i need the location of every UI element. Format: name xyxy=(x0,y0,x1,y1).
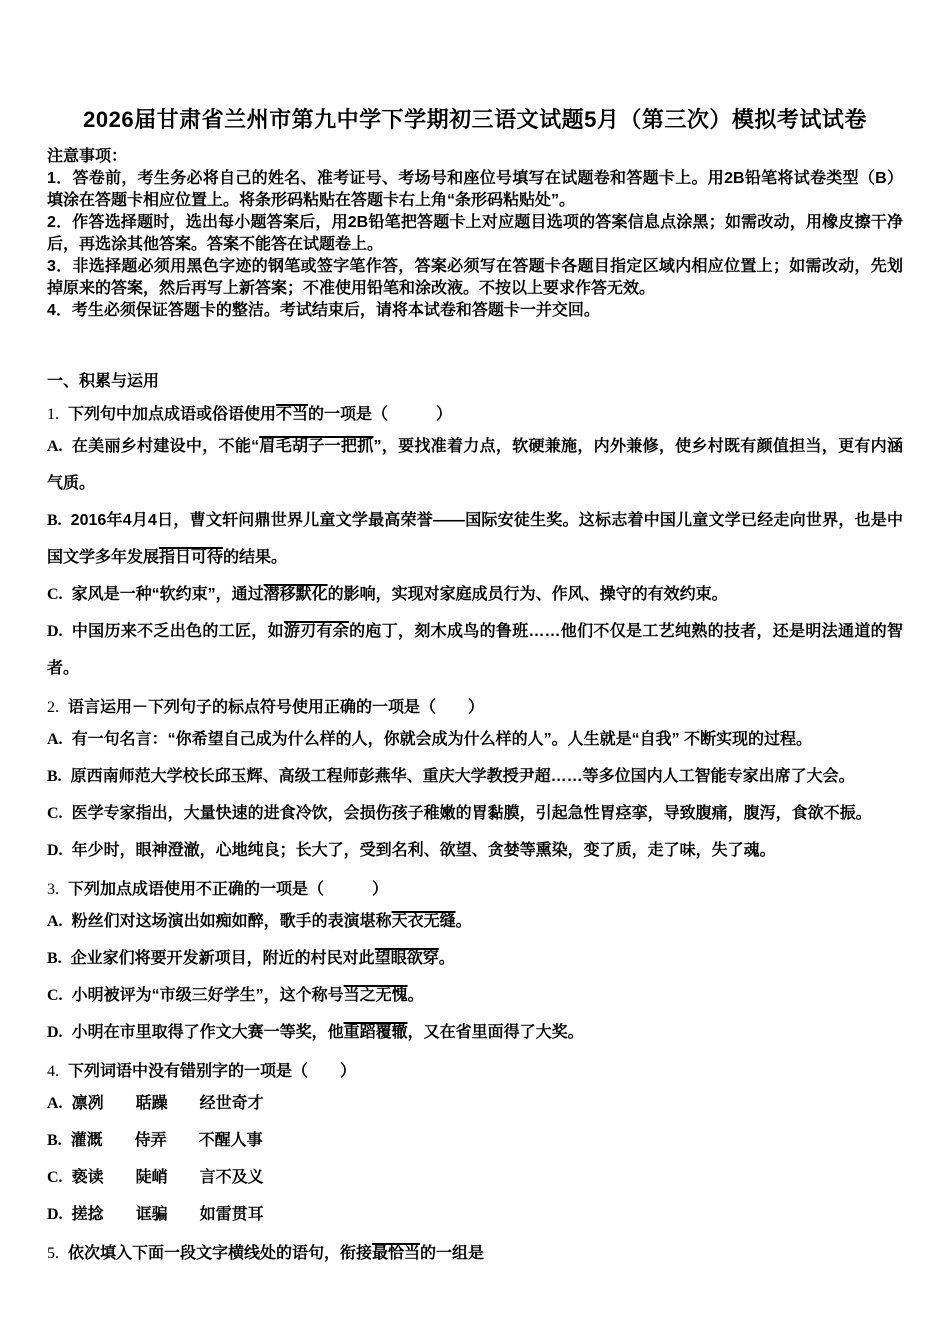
option-text: 有一句名言：“你希望自己成为什么样的人，你就会成为什么样的人”。人生就是“自我”… xyxy=(72,731,812,748)
questions: 1.下列句中加点成语或俗语使用不当的一项是（ ）A.在美丽乡村建设中，不能“眉毛… xyxy=(47,394,903,1267)
question-3: 3.下列加点成语使用不正确的一项是（ ）A.粉丝们对这场演出如痴如醉，歌手的表演… xyxy=(47,869,903,1051)
notice-item: 3．非选择题必须用黑色字迹的钢笔或签字笔作答，答案必须写在答题卡各题目指定区域内… xyxy=(47,256,903,300)
option-text: 中国历来不乏出色的工匠，如 xyxy=(72,623,284,640)
option-text: 的结果。 xyxy=(223,549,287,566)
stem-emphasized-text: 最恰当 xyxy=(372,1245,420,1262)
page-title: 2026届甘肃省兰州市第九中学下学期初三语文试题5月（第三次）模拟考试试卷 xyxy=(47,104,903,136)
option-text: 。 xyxy=(408,987,424,1004)
emphasized-idiom: 望眼欲穿 xyxy=(375,950,439,967)
option-label: C. xyxy=(47,987,63,1004)
stem-text: 的一组是 xyxy=(420,1245,484,1262)
option-C: C.医学专家指出，大量快速的进食冷饮，会损伤孩子稚嫩的胃黏膜，引起急性胃痉挛，导… xyxy=(47,795,903,832)
option-text: ，又在省里面得了大奖。 xyxy=(408,1024,584,1041)
option-text: 灌溉 侍弄 不醒人事 xyxy=(71,1132,263,1149)
notice-item: 2．作答选择题时，选出每小题答案后，用2B铅笔把答题卡上对应题目选项的答案信息点… xyxy=(47,212,903,256)
option-D: D.搓捻 诓骗 如雷贯耳 xyxy=(47,1196,903,1233)
option-text: 搓捻 诓骗 如雷贯耳 xyxy=(72,1206,264,1223)
stem-text: 下列词语中没有错别字的一项是（ ） xyxy=(68,1063,356,1080)
option-text: 医学专家指出，大量快速的进食冷饮，会损伤孩子稚嫩的胃黏膜，引起急性胃痉挛，导致腹… xyxy=(72,805,872,822)
option-text: 的影响，实现对家庭成员行为、作风、操守的有效约束。 xyxy=(328,586,728,603)
question-number: 1. xyxy=(47,406,59,423)
stem-text: 下列句中加点成语或俗语使用 xyxy=(68,406,276,423)
option-C: C.亵读 陡峭 言不及义 xyxy=(47,1159,903,1196)
option-label: C. xyxy=(47,805,63,822)
notice-item: 1．答卷前，考生务必将自己的姓名、准考证号、考场号和座位号填写在试题卷和答题卡上… xyxy=(47,168,903,212)
option-text: 。 xyxy=(439,950,455,967)
question-2: 2.语言运用－下列句子的标点符号使用正确的一项是（ ）A.有一句名言：“你希望自… xyxy=(47,687,903,869)
option-label: B. xyxy=(47,1132,62,1149)
question-1: 1.下列句中加点成语或俗语使用不当的一项是（ ）A.在美丽乡村建设中，不能“眉毛… xyxy=(47,394,903,687)
option-text: 凛冽 聒躁 经世奇才 xyxy=(72,1095,264,1112)
option-label: C. xyxy=(47,1169,63,1186)
emphasized-idiom: 眉毛胡子一把抓 xyxy=(259,438,373,455)
option-text: 。 xyxy=(456,913,472,930)
option-D: D.小明在市里取得了作文大赛一等奖，他重蹈覆辙，又在省里面得了大奖。 xyxy=(47,1014,903,1051)
option-label: D. xyxy=(47,842,63,859)
question-number: 2. xyxy=(47,699,59,716)
question-4: 4.下列词语中没有错别字的一项是（ ）A.凛冽 聒躁 经世奇才B.灌溉 侍弄 不… xyxy=(47,1051,903,1233)
option-label: D. xyxy=(47,1024,63,1041)
emphasized-idiom: 天衣无缝 xyxy=(392,913,456,930)
option-B: B.2016年4月4日，曹文轩问鼎世界儿童文学最高荣誉——国际安徒生奖。这标志着… xyxy=(47,502,903,576)
option-text: 在美丽乡村建设中，不能“ xyxy=(72,438,260,455)
question-number: 3. xyxy=(47,881,59,898)
option-text: 家风是一种“软约束”，通过 xyxy=(72,586,264,603)
option-label: B. xyxy=(47,512,62,529)
option-C: C.小明被评为“市级三好学生”，这个称号当之无愧。 xyxy=(47,977,903,1014)
option-text: 年少时，眼神澄澈，心地纯良；长大了，受到名利、欲望、贪婪等熏染，变了质，走了味，… xyxy=(72,842,776,859)
option-label: A. xyxy=(47,913,63,930)
option-label: A. xyxy=(47,731,63,748)
option-text: 亵读 陡峭 言不及义 xyxy=(72,1169,264,1186)
option-A: A.有一句名言：“你希望自己成为什么样的人，你就会成为什么样的人”。人生就是“自… xyxy=(47,721,903,758)
question-number: 5. xyxy=(47,1245,59,1262)
question-5: 5.依次填入下面一段文字横线处的语句，衔接最恰当的一组是 xyxy=(47,1233,903,1267)
emphasized-idiom: 游刃有余 xyxy=(284,623,349,640)
option-D: D.年少时，眼神澄澈，心地纯良；长大了，受到名利、欲望、贪婪等熏染，变了质，走了… xyxy=(47,832,903,869)
stem-text: 下列加点成语使用不正确的一项是（ ） xyxy=(68,881,388,898)
option-label: A. xyxy=(47,438,63,455)
option-text: 小明被评为“市级三好学生”，这个称号 xyxy=(72,987,344,1004)
stem-emphasized-text: 不当 xyxy=(276,406,308,423)
emphasized-idiom: 潜移默化 xyxy=(264,586,328,603)
notice-heading: 注意事项： xyxy=(47,146,903,168)
option-text: 粉丝们对这场演出如痴如醉，歌手的表演堪称 xyxy=(72,913,392,930)
exam-paper: 2026届甘肃省兰州市第九中学下学期初三语文试题5月（第三次）模拟考试试卷 注意… xyxy=(0,0,950,1344)
option-A: A.凛冽 聒躁 经世奇才 xyxy=(47,1085,903,1122)
option-text: 小明在市里取得了作文大赛一等奖，他 xyxy=(72,1024,344,1041)
option-D: D.中国历来不乏出色的工匠，如游刃有余的庖丁，刻木成鸟的鲁班……他们不仅是工艺纯… xyxy=(47,613,903,687)
option-label: B. xyxy=(47,768,62,785)
section-heading: 一、积累与运用 xyxy=(47,370,903,394)
stem-text: 语言运用－下列句子的标点符号使用正确的一项是（ ） xyxy=(68,699,484,716)
emphasized-idiom: 指日可待 xyxy=(159,549,223,566)
option-label: B. xyxy=(47,950,62,967)
option-text: 企业家们将要开发新项目，附近的村民对此 xyxy=(71,950,375,967)
question-number: 4. xyxy=(47,1063,59,1080)
option-label: D. xyxy=(47,1206,63,1223)
option-B: B.原西南师范大学校长邱玉辉、高级工程师彭燕华、重庆大学教授尹超……等多位国内人… xyxy=(47,758,903,795)
option-label: D. xyxy=(47,623,63,640)
question-stem: 2.语言运用－下列句子的标点符号使用正确的一项是（ ） xyxy=(47,687,903,721)
emphasized-idiom: 当之无愧 xyxy=(344,987,408,1004)
question-stem: 1.下列句中加点成语或俗语使用不当的一项是（ ） xyxy=(47,394,903,428)
notice-item: 4．考生必须保证答题卡的整洁。考试结束后，请将本试卷和答题卡一并交回。 xyxy=(47,300,903,322)
notice-section: 注意事项： 1．答卷前，考生务必将自己的姓名、准考证号、考场号和座位号填写在试题… xyxy=(47,146,903,322)
option-C: C.家风是一种“软约束”，通过潜移默化的影响，实现对家庭成员行为、作风、操守的有… xyxy=(47,576,903,613)
stem-text: 依次填入下面一段文字横线处的语句，衔接 xyxy=(68,1245,372,1262)
option-label: C. xyxy=(47,586,63,603)
option-label: A. xyxy=(47,1095,63,1112)
question-stem: 3.下列加点成语使用不正确的一项是（ ） xyxy=(47,869,903,903)
option-A: A.在美丽乡村建设中，不能“眉毛胡子一把抓”，要找准着力点，软硬兼施，内外兼修，… xyxy=(47,428,903,502)
option-text: 原西南师范大学校长邱玉辉、高级工程师彭燕华、重庆大学教授尹超……等多位国内人工智… xyxy=(71,768,855,785)
question-stem: 4.下列词语中没有错别字的一项是（ ） xyxy=(47,1051,903,1085)
emphasized-idiom: 重蹈覆辙 xyxy=(344,1024,408,1041)
option-A: A.粉丝们对这场演出如痴如醉，歌手的表演堪称天衣无缝。 xyxy=(47,903,903,940)
option-B: B.企业家们将要开发新项目，附近的村民对此望眼欲穿。 xyxy=(47,940,903,977)
stem-text: 的一项是（ ） xyxy=(308,406,452,423)
question-stem: 5.依次填入下面一段文字横线处的语句，衔接最恰当的一组是 xyxy=(47,1233,903,1267)
option-B: B.灌溉 侍弄 不醒人事 xyxy=(47,1122,903,1159)
